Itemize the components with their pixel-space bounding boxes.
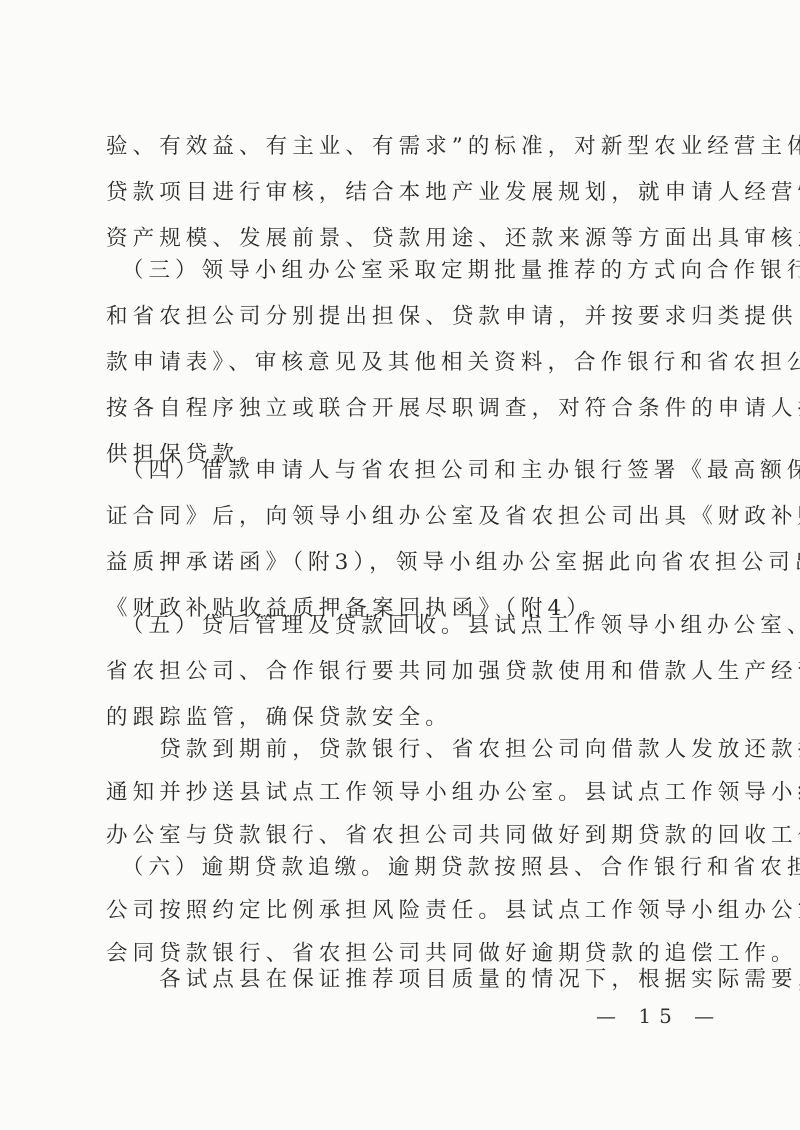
text-line: （五）贷后管理及贷款回收。县试点工作领导小组办公室、 <box>106 611 800 641</box>
text-line: （三）领导小组办公室采取定期批量推荐的方式向合作银行 <box>106 256 800 286</box>
text-line: （六）逾期贷款追缴。逾期贷款按照县、合作银行和省农担 <box>106 853 800 883</box>
text-line: 贷款到期前，贷款银行、省农担公司向借款人发放还款提示 <box>106 735 800 765</box>
text-line: 证合同》后，向领导小组办公室及省农担公司出具《财政补贴收 <box>106 502 800 532</box>
text-line: 益质押承诺函》（附3），领导小组办公室据此向省农担公司出具 <box>106 548 800 578</box>
text-line: 省农担公司、合作银行要共同加强贷款使用和借款人生产经营 <box>106 657 800 687</box>
text-line: 款申请表》、审核意见及其他相关资料，合作银行和省农担公司 <box>106 348 800 378</box>
text-line: 各试点县在保证推荐项目质量的情况下，根据实际需要，可 <box>106 965 800 995</box>
text-line: 的跟踪监管，确保贷款安全。 <box>106 703 452 733</box>
text-line: 贷款项目进行审核，结合本地产业发展规划，就申请人经营情况、 <box>106 178 800 208</box>
text-line: 按各自程序独立或联合开展尽职调查，对符合条件的申请人提 <box>106 394 800 424</box>
text-line: 通知并抄送县试点工作领导小组办公室。县试点工作领导小组 <box>106 778 800 808</box>
text-line: 公司按照约定比例承担风险责任。县试点工作领导小组办公室 <box>106 896 800 926</box>
document-page: 验、有效益、有主业、有需求”的标准，对新型农业经营主体申报的 贷款项目进行审核，… <box>0 0 800 1130</box>
text-line: 办公室与贷款银行、省农担公司共同做好到期贷款的回收工作。 <box>106 821 800 851</box>
text-line: 和省农担公司分别提出担保、贷款申请，并按要求归类提供《贷 <box>106 302 800 332</box>
page-number: — 15 — <box>596 1004 722 1028</box>
text-line: 资产规模、发展前景、贷款用途、还款来源等方面出具审核意见。 <box>106 224 800 254</box>
text-line: 验、有效益、有主业、有需求”的标准，对新型农业经营主体申报的 <box>106 132 800 162</box>
text-line: （四）借款申请人与省农担公司和主办银行签署《最高额保 <box>106 456 800 486</box>
